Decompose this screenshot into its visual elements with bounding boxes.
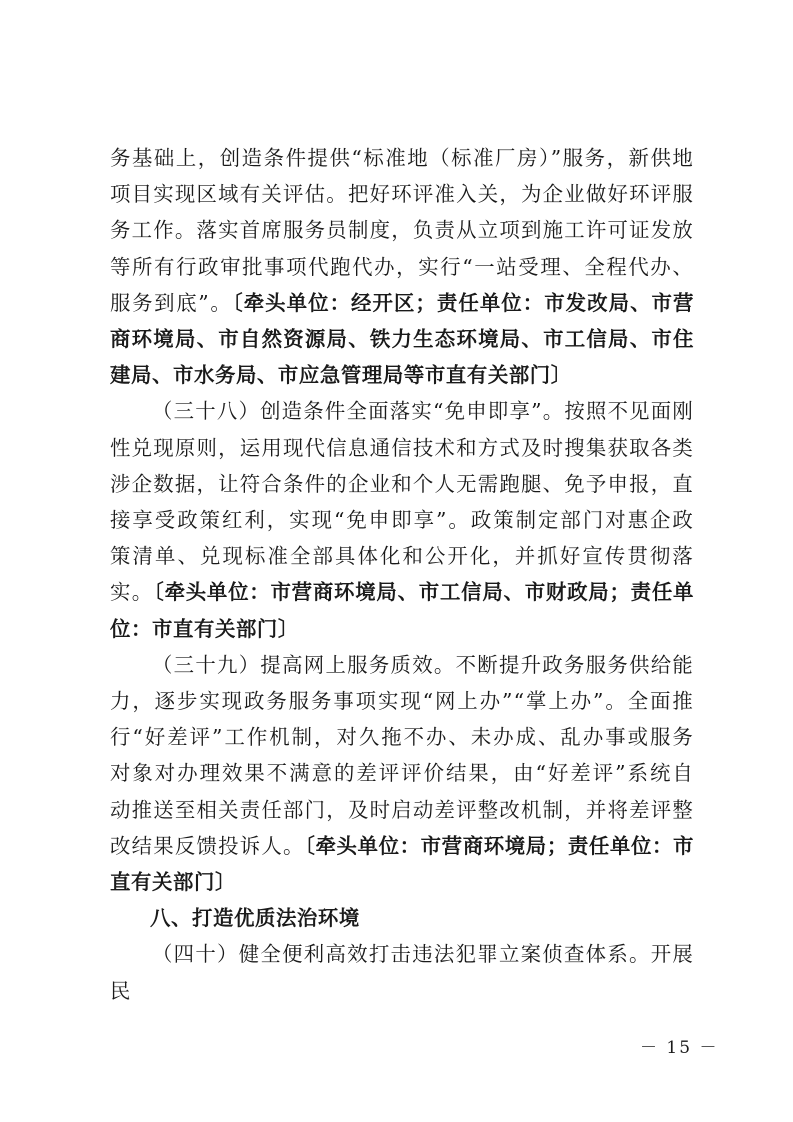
document-page: 务基础上，创造条件提供“标准地（标准厂房）”服务，新供地项目实现区域有关评估。把… — [110, 140, 694, 1009]
paragraph-item-40: （四十）健全便利高效打击违法犯罪立案侦查体系。开展民 — [110, 936, 694, 1008]
section-heading: 八、打造优质法治环境 — [110, 900, 694, 936]
paragraph-item-38: （三十八）创造条件全面落实“免申即享”。按照不见面刚性兑现原则，运用现代信息通信… — [110, 393, 694, 646]
page-number: － 15 － — [640, 1033, 718, 1058]
paragraph-text: （三十九）提高网上服务质效。不断提升政务服务供给能力，逐步实现政务服务事项实现“… — [110, 653, 694, 858]
paragraph-continuation: 务基础上，创造条件提供“标准地（标准厂房）”服务，新供地项目实现区域有关评估。把… — [110, 140, 694, 393]
paragraph-text: 务基础上，创造条件提供“标准地（标准厂房）”服务，新供地项目实现区域有关评估。把… — [110, 146, 694, 315]
responsible-units: 〔牵头单位：市营商环境局、市工信局、市财政局；责任单位：市直有关部门〕 — [110, 580, 694, 640]
paragraph-item-39: （三十九）提高网上服务质效。不断提升政务服务供给能力，逐步实现政务服务事项实现“… — [110, 647, 694, 900]
paragraph-text: （三十八）创造条件全面落实“免申即享”。按照不见面刚性兑现原则，运用现代信息通信… — [110, 399, 694, 604]
